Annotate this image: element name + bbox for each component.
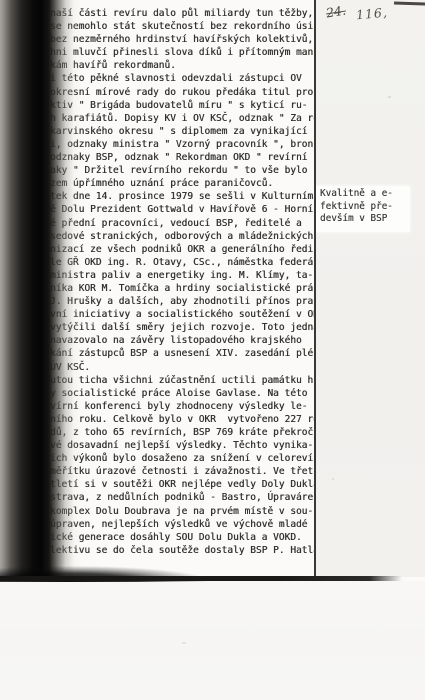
text-line: ě Dolu Prezident Gottwald v Havířově 6 -…: [50, 203, 316, 216]
scan-speck: [332, 478, 334, 480]
text-line: karvinského okresu " s diplomem za vynik…: [50, 125, 316, 138]
text-line: hni mluvčí přinesli slova díků i přítomn…: [50, 46, 316, 59]
text-line: komplex Dolu Doubrava je na prvém místě …: [50, 505, 316, 518]
page-number: 116,: [355, 5, 388, 23]
text-line: ích výkonů bylo dosaženo za snížení v ce…: [50, 452, 316, 465]
scan-speck: [182, 642, 186, 644]
text-line: vytýčili další směry jejich rozvoje. Tot…: [50, 321, 316, 334]
text-line: kání zástupců BSP a usnesení XIV. zasedá…: [50, 347, 316, 360]
text-line: naší části revíru dalo půl miliardy tun …: [50, 7, 316, 20]
text-line: J. Hrušky a dalších, aby zhodnotili přín…: [50, 295, 316, 308]
text-line: h karafiátů. Dopisy KV i OV KSČ, odznak …: [50, 112, 316, 125]
text-line: nizací ze všech podniků OKR a generálníh…: [50, 243, 316, 256]
text-line: kám havířů rekordmanů.: [50, 59, 316, 72]
crossed-out-page-number: 24.: [325, 3, 347, 21]
text-line: i, odznaky ministra " Vzorný pracovník "…: [50, 138, 316, 151]
margin-note-line: Kvalitně a e-: [320, 188, 410, 201]
text-line: se nemohlo stát skutečností bez rekordní…: [50, 20, 316, 33]
text-line: strava, z nedůlních podniků - Bastro, Úp…: [50, 491, 316, 504]
text-line: ické generace dosáhly SOU Dolu Dukla a V…: [50, 531, 316, 544]
scan-speck: [388, 96, 391, 98]
text-line: y socialistické práce Aloise Gavlase. Na…: [50, 387, 316, 400]
text-line: sedové stranických, odborových a mládežn…: [50, 230, 316, 243]
text-line: vé dosavadní nejlepší výsledky. Těchto v…: [50, 439, 316, 452]
text-line: i této pěkné slavnosti odevzdali zástupc…: [50, 72, 316, 85]
book-binding-shadow: [0, 0, 82, 581]
below-page-area: [0, 581, 425, 700]
text-line: ktiv " Brigáda budovatelů míru " s kytic…: [50, 99, 316, 112]
margin-note-line: devším v BSP: [320, 213, 410, 226]
text-line: utou ticha všichni zúčastnění uctili pam…: [50, 374, 316, 387]
text-line: ního roku. Celkově bylo v OKR vytvořeno …: [50, 413, 316, 426]
text-line: navazovalo na závěry listopadového krajs…: [50, 334, 316, 347]
text-line: ministra paliv a energetiky ing. M. Klím…: [50, 269, 316, 282]
text-line: vní iniciativy a socialistického soutěže…: [50, 308, 316, 321]
margin-note-highlight: Kvalitně a e- fektivně pře- devším v BSP: [316, 186, 410, 232]
text-line: tletí si v soutěži OKR nejlépe vedly Dol…: [50, 478, 316, 491]
typewritten-text-column: naší části revíru dalo půl miliardy tun …: [50, 7, 316, 559]
margin-note-line: fektivně pře-: [320, 201, 410, 214]
text-line: odznaky BSP, odznak " Rekordman OKD " re…: [50, 151, 316, 164]
text-line: vírní konferenci byly zhodnoceny výsledk…: [50, 400, 316, 413]
scanned-page: naší části revíru dalo půl miliardy tun …: [0, 0, 425, 700]
text-line: ÚV KSČ.: [50, 361, 316, 374]
margin-rule-line: [314, 0, 316, 578]
text-line: úpraven, nejlepších výsledků ve výchově …: [50, 518, 316, 531]
page-bottom-edge-line: [0, 576, 402, 581]
text-line: é přední pracovníci, vedoucí BSP, ředite…: [50, 217, 316, 230]
text-line: aky " Držitel revírního rekordu " to vše…: [50, 164, 316, 177]
text-line: bez nezměrného hrdinství havířských kole…: [50, 33, 316, 46]
text-line: le GŘ OKD ing. R. Otavy, CSc., náměstka …: [50, 256, 316, 269]
text-line: níka KOR M. Tomíčka a hrdiny socialistic…: [50, 282, 316, 295]
text-line: zem úpřímného uznání práce paraničovců.: [50, 177, 316, 190]
text-line: měřítku úrazové četnosti i závažnosti. V…: [50, 465, 316, 478]
text-line: dů, z toho 65 revírních, BSP 769 kráte p…: [50, 426, 316, 439]
text-line: okresní mírové rady do rukou předáka tit…: [50, 86, 316, 99]
right-margin-area: [315, 0, 425, 577]
text-line: tek dne 14. prosince 1979 se sešli v Kul…: [50, 190, 316, 203]
